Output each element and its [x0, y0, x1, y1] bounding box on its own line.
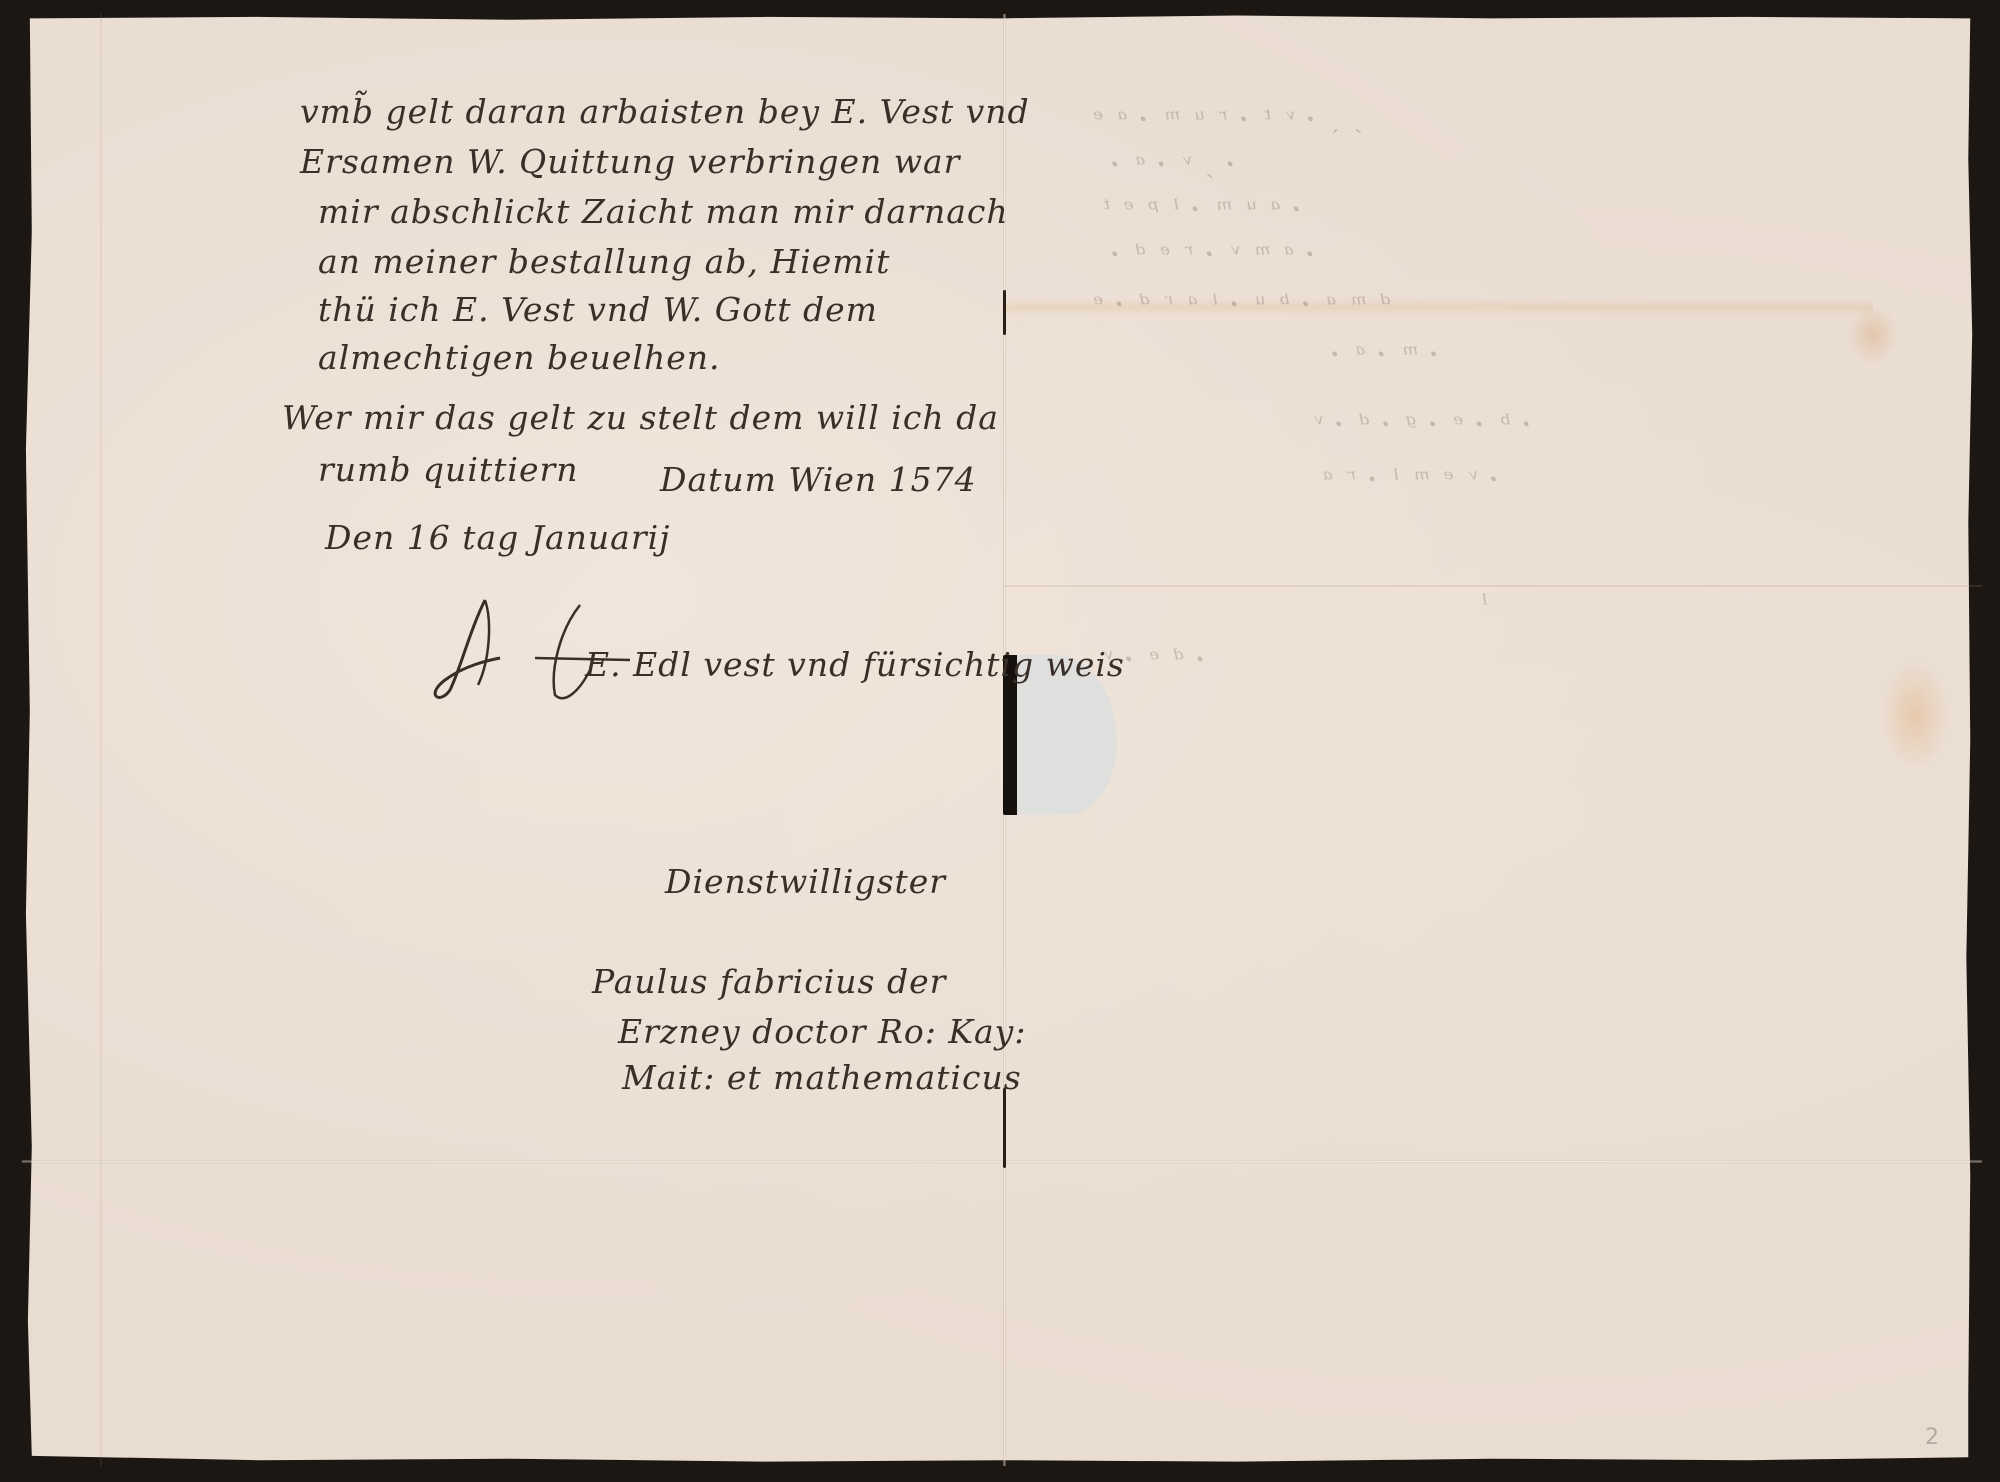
bleed-line: ꞏ ᵃ ᵐ ᵛ ꞏ ʳ ᵉ ᵈ ꞏ [1110, 235, 1316, 271]
postscript-line: Wer mir das gelt zu stelt dem will ich d… [282, 398, 999, 437]
body-line: almechtigen beuelhen. [318, 338, 721, 377]
signature-line: Paulus fabricius der [592, 962, 946, 1001]
bleed-line: ꞏ ᵈ ᵉ ꞏ ᵛ [1100, 640, 1206, 676]
body-line: an meiner bestallung ab, Hiemit [318, 242, 890, 281]
bleed-line: ꞏ ᵛ ᵉ ᵐ ˡ ꞏ ʳ ᵃ [1320, 460, 1500, 496]
dateline-place: Datum Wien 1574 [660, 460, 977, 499]
address-line: E. Edl vest vnd fürsichtig weis [585, 645, 1125, 684]
postscript-line: rumb quittiern [318, 450, 579, 489]
fold-tear [1003, 290, 1006, 335]
stain-spot [1880, 660, 1950, 770]
page-number: 2 [1925, 1425, 1939, 1450]
bleed-line: ˏ ˎ ꞏ ᵛ ᵗ ꞏ ʳ ᵘ ᵐ ꞏ ᵃ ᵉ [1090, 100, 1363, 136]
fold-tear [1003, 1088, 1006, 1168]
body-line: vmb̃ gelt daran arbaisten bey E. Vest vn… [300, 92, 1030, 131]
body-line: mir abschlickt Zaicht man mir darnach [318, 192, 1009, 231]
body-line: thü ich E. Vest vnd W. Gott dem [318, 290, 878, 329]
bleed-line: ꞏ ᵐ ꞏ ᵃ ꞏ [1330, 335, 1440, 371]
stain-top-right [1848, 305, 1898, 365]
right-page-crease [1003, 585, 1982, 587]
closing: Dienstwilligster [665, 862, 946, 901]
left-margin-crease [100, 14, 102, 1466]
horizontal-fold [22, 1160, 1982, 1163]
paper-sheet [22, 14, 1982, 1466]
initial-flourish-icon [430, 590, 630, 710]
bleed-line: ᵈ ᵐ ᵃ ꞏ ᵇ ᵘ ꞏ ˡ ᵃ ʳ ᵈ ꞏ ᵉ [1090, 285, 1391, 321]
bleed-line: ꞏ ᵃ ᵘ ᵐ ꞏ ˡ ᵖ ᵉ ᵗ [1100, 190, 1302, 226]
signature-line: Erzney doctor Ro: Kay: [618, 1012, 1026, 1051]
body-line: Ersamen W. Quittung verbringen war [300, 142, 960, 181]
signature-line: Mait: et mathematicus [622, 1058, 1022, 1097]
dateline-day: Den 16 tag Januarij [325, 518, 670, 557]
bleed-line: ˡ [1478, 590, 1487, 620]
bleed-line: ꞏ ˏ ᵛ ꞏ ᵃ ꞏ [1110, 145, 1237, 181]
bleed-line: ꞏ ᵇ ꞏ ᵉ ꞏ ᵍ ꞏ ᵈ ꞏ ᵛ [1310, 405, 1533, 441]
